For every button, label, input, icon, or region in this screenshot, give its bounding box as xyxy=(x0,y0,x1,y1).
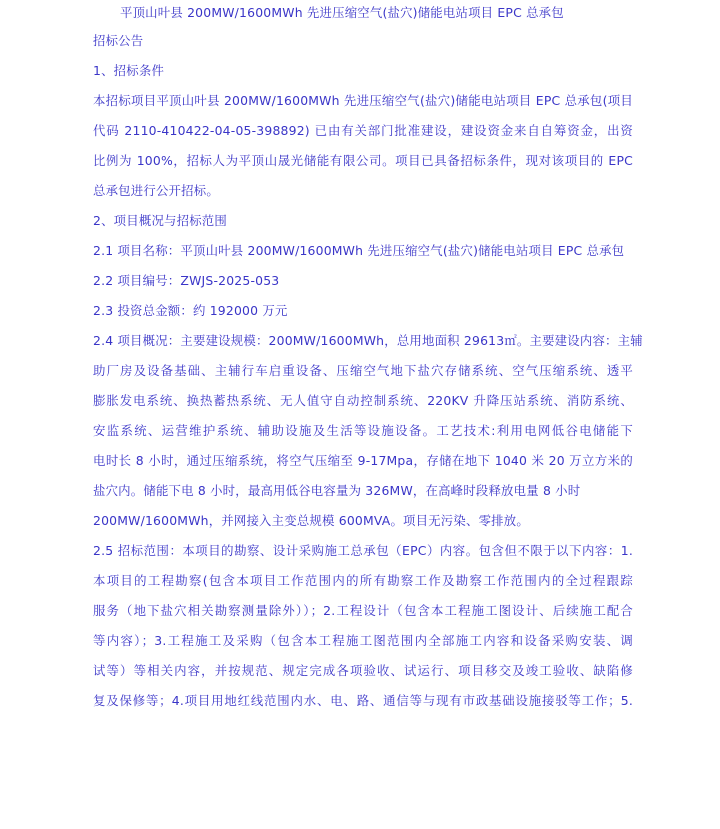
item-2-4-project-overview: 2.4 项目概况：主要建设规模：200MW/1600MWh，总用地面积 2961… xyxy=(93,326,633,536)
paragraph-line: 服务（地下盐穴相关勘察测量除外））；2.工程设计（包含本工程施工图设计、后续施工… xyxy=(93,596,633,626)
paragraph-line: 2.5 招标范围：本项目的勘察、设计采购施工总承包（EPC）内容。包含但不限于以… xyxy=(93,536,633,566)
item-2-2-project-number: 2.2 项目编号：ZWJS-2025-053 xyxy=(93,266,633,296)
paragraph-line: 助厂房及设备基础、主辅行车启重设备、压缩空气地下盐穴存储系统、空气压缩系统、透平 xyxy=(93,356,633,386)
paragraph-line: 等内容）；3.工程施工及采购（包含本工程施工图范围内全部施工内容和设备采购安装、… xyxy=(93,626,633,656)
paragraph-line: 膨胀发电系统、换热蓄热系统、无人值守自动控制系统、220KV 升降压站系统、消防… xyxy=(93,386,633,416)
paragraph-line: 比例为 100%，招标人为平顶山晟光储能有限公司。项目已具备招标条件，现对该项目… xyxy=(93,146,633,176)
paragraph-line: 本项目的工程勘察(包含本项目工作范围内的所有勘察工作及勘察工作范围内的全过程跟踪 xyxy=(93,566,633,596)
section-1-heading: 1、招标条件 xyxy=(93,56,633,86)
item-2-5-bidding-scope: 2.5 招标范围：本项目的勘察、设计采购施工总承包（EPC）内容。包含但不限于以… xyxy=(93,536,633,716)
item-2-3-investment-total: 2.3 投资总金额：约 192000 万元 xyxy=(93,296,633,326)
paragraph-line: 2.4 项目概况：主要建设规模：200MW/1600MWh，总用地面积 2961… xyxy=(93,326,633,356)
paragraph-line: 复及保修等；4.项目用地红线范围内水、电、路、通信等与现有市政基础设施接驳等工作… xyxy=(93,686,633,716)
section-2-heading: 2、项目概况与招标范围 xyxy=(93,206,633,236)
paragraph-line: 总承包进行公开招标。 xyxy=(93,176,633,206)
paragraph-line: 安监系统、运营维护系统、辅助设施及生活等设施设备。工艺技术:利用电网低谷电储能下 xyxy=(93,416,633,446)
paragraph-line: 本招标项目平顶山叶县 200MW/1600MWh 先进压缩空气(盐穴)储能电站项… xyxy=(93,86,633,116)
paragraph-line: 电时长 8 小时，通过压缩系统，将空气压缩至 9-17Mpa，存储在地下 104… xyxy=(93,446,633,476)
document-page: 平顶山叶县 200MW/1600MWh 先进压缩空气(盐穴)储能电站项目 EPC… xyxy=(93,0,633,716)
document-title: 平顶山叶县 200MW/1600MWh 先进压缩空气(盐穴)储能电站项目 EPC… xyxy=(93,0,633,26)
paragraph-line: 盐穴内。储能下电 8 小时，最高用低谷电容量为 326MW，在高峰时段释放电量 … xyxy=(93,476,633,506)
section-1-paragraph: 本招标项目平顶山叶县 200MW/1600MWh 先进压缩空气(盐穴)储能电站项… xyxy=(93,86,633,206)
paragraph-line: 试等）等相关内容，并按规范、规定完成各项验收、试运行、项目移交及竣工验收、缺陷修 xyxy=(93,656,633,686)
item-2-1-project-name: 2.1 项目名称：平顶山叶县 200MW/1600MWh 先进压缩空气(盐穴)储… xyxy=(93,236,633,266)
paragraph-line: 200MW/1600MWh，并网接入主变总规模 600MVA。项目无污染、零排放… xyxy=(93,506,633,536)
paragraph-line: 代码 2110-410422-04-05-398892) 已由有关部门批准建设，… xyxy=(93,116,633,146)
document-subtitle: 招标公告 xyxy=(93,26,633,56)
